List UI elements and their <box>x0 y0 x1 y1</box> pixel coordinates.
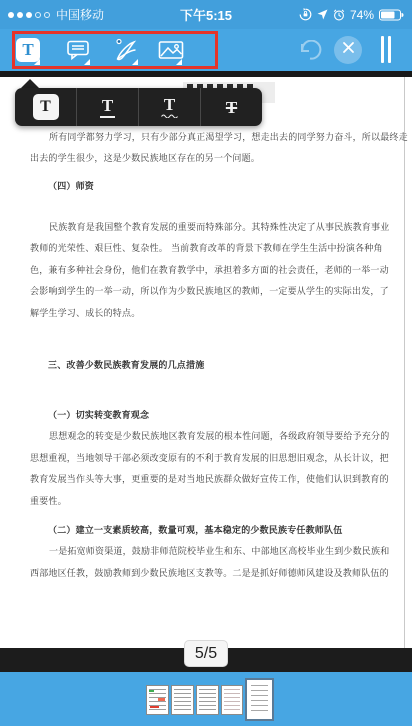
battery-icon <box>379 9 404 21</box>
carrier-label: 中国移动 <box>56 6 104 23</box>
doc-text-line: 西部地区任教，鼓励教师到少数民族地区支教等。二是是抓好师德师风建设及教师队伍的 <box>30 566 389 579</box>
doc-text-line: 出去的学生很少，这是少数民族地区存在的另一个问题。 <box>30 151 260 164</box>
red-annotation-mark <box>150 706 159 708</box>
page-thumbnail-4[interactable] <box>221 685 243 715</box>
undo-button[interactable] <box>298 40 322 67</box>
doc-text-line: 思想观念的转变是少数民族地区教育发展的根本性问题，各级政府领导要给予充分的 <box>49 429 389 442</box>
close-icon <box>342 41 355 59</box>
drag-handle-icon <box>381 36 384 63</box>
green-annotation-mark <box>149 690 154 692</box>
popup-arrow <box>21 79 39 88</box>
dropdown-arrow-icon <box>132 59 138 65</box>
red-annotation-mark <box>158 698 165 701</box>
doc-heading-line: （二）建立一支素质较高，数量可观，基本稳定的少数民族专任教师队伍 <box>48 523 342 536</box>
doc-heading-line: （一）切实转变教育观念 <box>48 408 149 421</box>
underline-text-icon: T <box>102 97 113 114</box>
signal-strength-icon <box>8 12 50 18</box>
squiggly-text-icon: T <box>164 96 175 113</box>
page-indicator-badge: 5/5 <box>184 640 228 667</box>
doc-heading-line: （四）师资 <box>48 179 94 192</box>
doc-text-line: 所有同学都努力学习，只有少部分真正渴望学习，想走出去的同学努力奋斗，所以最终走 <box>49 130 408 143</box>
text-style-underline-option[interactable]: T <box>77 88 139 126</box>
orientation-lock-icon <box>299 8 312 21</box>
strikethrough-text-icon: T <box>226 99 237 116</box>
note-tool-button[interactable] <box>66 38 90 62</box>
image-tool-button[interactable] <box>158 38 182 62</box>
doc-text-line: 重要性。 <box>30 494 67 507</box>
text-style-strikeout-option[interactable]: T <box>201 88 262 126</box>
text-style-squiggly-option[interactable]: T <box>139 88 201 126</box>
doc-text-line: 思想重视，当地领导干部必须改变原有的不利于教育发展的旧思想旧观念，从长计议，把 <box>30 451 389 464</box>
doc-text-line: 教育发展当作头等大事，更重要的是对当地民族群众做好宣传工作，使他们认识到教育的 <box>30 472 389 485</box>
status-bar: 中国移动 下午5:15 74% <box>0 0 412 29</box>
dropdown-arrow-icon <box>84 59 90 65</box>
drag-handle-icon <box>388 36 391 63</box>
close-button[interactable] <box>334 36 362 64</box>
doc-text-line: 一是拓宽师资渠道，鼓励非师范院校毕业生和东、中部地区高校毕业生到少数民族和 <box>49 544 389 557</box>
alarm-clock-icon <box>333 9 345 21</box>
boxed-text-icon: T <box>40 99 51 115</box>
doc-text-line: 会影响到学生的一举一动，所以作为少数民族地区的教师，一定要从学生的实际出发，了 <box>30 284 389 297</box>
page-thumbnail-5-selected[interactable] <box>245 678 274 721</box>
doc-text-line: 民族教育是我国整个教育发展的重要而特殊部分。其特殊性决定了从事民族教育事业 <box>49 220 389 233</box>
page-edge-line <box>404 77 405 648</box>
doc-heading-line: 三、改善少数民族教育发展的几点措施 <box>48 358 204 371</box>
doc-text-line: 解学生学习、成长的特点。 <box>30 306 140 319</box>
page-thumbnail-1[interactable] <box>146 685 169 715</box>
doc-text-line: 色，兼有多种社会身份，他们在教育教学中，承担着多方面的社会责任，老师的一举一动 <box>30 263 389 276</box>
text-style-popup: T T T T <box>15 88 262 126</box>
text-tool-button[interactable]: T <box>16 38 40 62</box>
doc-text-line: 教师的光荣性、艰巨性、复杂性。 当前教育改革的背景下教师在学生生活中扮演各种角 <box>30 241 383 254</box>
dropdown-arrow-icon <box>176 59 182 65</box>
location-arrow-icon <box>317 9 328 20</box>
undo-icon <box>298 49 322 66</box>
app-screen: { "colors": { "brand_blue": "#47a6e3", "… <box>0 0 412 726</box>
battery-percent-label: 74% <box>350 8 374 22</box>
dropdown-arrow-icon <box>34 59 40 65</box>
draw-tool-button[interactable] <box>114 38 138 62</box>
page-thumbnail-2[interactable] <box>171 685 194 715</box>
toolbar-drag-handle[interactable] <box>381 36 391 63</box>
page-thumbnail-3[interactable] <box>196 685 219 715</box>
text-style-boxed-option[interactable]: T <box>15 88 77 126</box>
